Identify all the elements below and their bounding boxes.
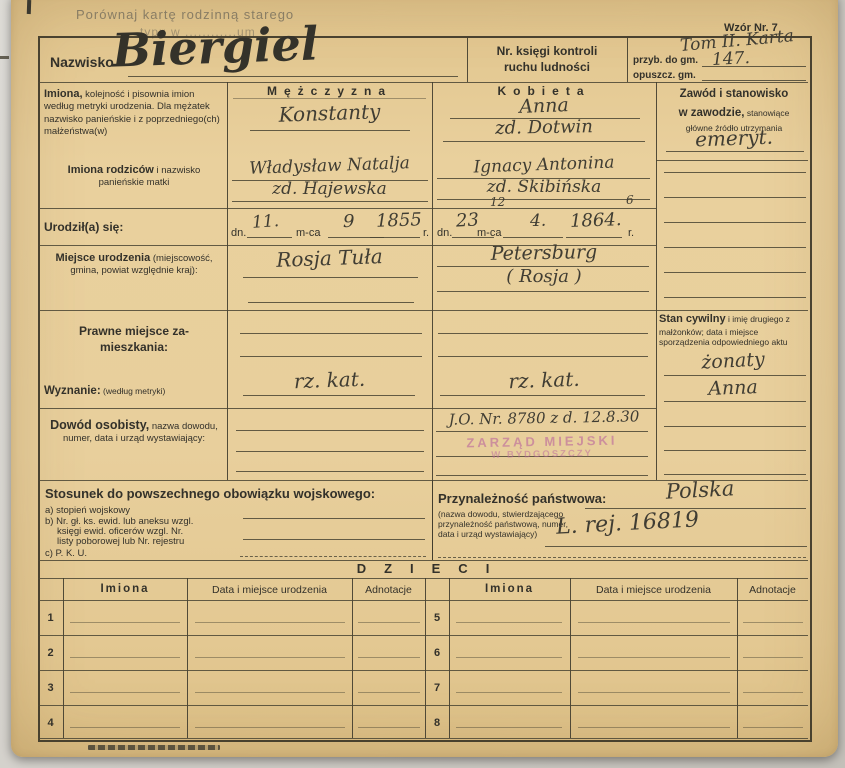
- child-row-number: 3: [38, 682, 63, 694]
- ruled-line: [578, 657, 730, 658]
- ruled-line: [437, 199, 650, 200]
- grid-line: [38, 600, 808, 601]
- man-birth-day: 11.: [251, 211, 279, 233]
- ruled-line: [195, 727, 345, 728]
- child-row-number: 5: [425, 612, 449, 624]
- ruled-line: [503, 237, 563, 238]
- religion-label-rest: (według metryki): [101, 386, 166, 396]
- woman-parents-num1: 12: [490, 195, 505, 209]
- man-birth-month: 9: [343, 211, 354, 232]
- ruled-line: [664, 272, 806, 273]
- divider: [63, 578, 64, 738]
- child-row-number: 6: [425, 647, 449, 659]
- parents-label: Imiona rodziców i nazwisko panieńskie ma…: [44, 163, 224, 190]
- ruled-line: [232, 201, 428, 202]
- ruled-line: [578, 622, 730, 623]
- ruled-line: [438, 356, 648, 357]
- id-document-label-bold: Dowód osobisty,: [50, 418, 149, 432]
- divider: [627, 38, 628, 82]
- children-col-imiona-right: Imiona: [449, 583, 570, 595]
- woman-birthplace: Petersburg: [432, 240, 656, 266]
- ruled-line: [743, 727, 803, 728]
- ruled-line: [195, 692, 345, 693]
- woman-birthplace-country: ( Rosja ): [432, 266, 656, 287]
- ruled-line: [358, 727, 420, 728]
- ruled-line: [456, 622, 562, 623]
- born-r-label-man: r.: [423, 227, 429, 239]
- children-title: DZIECI: [38, 561, 808, 576]
- ruled-line: [456, 657, 562, 658]
- residence-label: Prawne miejsce za- mieszkania:: [44, 323, 224, 355]
- divider: [737, 578, 738, 738]
- ruled-line: [436, 475, 648, 476]
- ruled-line: [70, 692, 180, 693]
- divider: [187, 578, 188, 738]
- divider: [570, 578, 571, 738]
- children-col-data-left: Data i miejsce urodzenia: [187, 584, 352, 596]
- ruled-line: [437, 291, 649, 292]
- man-column-header: Mężczyzna: [227, 84, 432, 98]
- grid-line: [38, 635, 808, 636]
- woman-birth-month: 4.: [530, 211, 546, 231]
- ruled-line: [195, 622, 345, 623]
- military-title: Stosunek do powszechnego obowiązku wojsk…: [45, 486, 375, 501]
- ruled-line: [70, 622, 180, 623]
- card-number-hand: 147.: [712, 48, 751, 70]
- given-names-label: Imiona, kolejność i pisownia imion wedłu…: [44, 87, 224, 138]
- ruled-line: [743, 622, 803, 623]
- man-birth-year: 1855: [376, 209, 423, 232]
- woman-birth-day: 23: [455, 209, 479, 231]
- divider: [449, 578, 450, 738]
- grid-line: [38, 310, 808, 311]
- child-row-number: 2: [38, 647, 63, 659]
- ruled-line: [70, 657, 180, 658]
- woman-parents-num2: 6: [626, 193, 634, 207]
- children-col-adnotacje-right: Adnotacje: [737, 584, 808, 596]
- birthplace-label: Miejsce urodzenia (miejscowość, gmina, p…: [44, 251, 224, 278]
- born-r-label-woman: r.: [628, 227, 634, 239]
- ruled-line: [240, 356, 422, 357]
- civil-status-label: Stan cywilny i imię drugiego z małżonków…: [659, 313, 809, 348]
- ruled-line: [243, 277, 418, 278]
- child-row-number: 1: [38, 612, 63, 624]
- ruled-line: [370, 237, 420, 238]
- man-mother-maiden: zd. Hajewska: [227, 179, 432, 199]
- scanned-registration-card: Porównaj kartę rodzinną starego typu w .…: [0, 0, 845, 768]
- ruled-line: [236, 451, 424, 452]
- ruled-line: [664, 172, 806, 173]
- ruled-line: [438, 333, 648, 334]
- born-dn-label-man: dn.: [231, 227, 246, 239]
- children-col-adnotacje-left: Adnotacje: [352, 584, 425, 596]
- ruled-line: [243, 539, 425, 540]
- surname-label: Nazwisko: [50, 54, 114, 70]
- woman-birth-year: 1864.: [570, 209, 622, 232]
- scan-mark: [27, 0, 31, 14]
- control-book-line2: ruchu ludności: [467, 59, 627, 75]
- citizenship-sub3: data i urząd wystawiający): [438, 529, 537, 540]
- ruled-line: [545, 546, 807, 547]
- ruled-line: [250, 130, 410, 131]
- ruled-line: [664, 450, 806, 451]
- control-book-label: Nr. księgi kontroli ruchu ludności: [467, 43, 627, 75]
- ruled-line: [743, 692, 803, 693]
- ruled-line: [440, 395, 645, 396]
- ruled-line: [578, 692, 730, 693]
- grid-line: [38, 705, 808, 706]
- grid-line: [38, 670, 808, 671]
- ruled-line: [358, 657, 420, 658]
- ruled-line: [456, 692, 562, 693]
- grid-line: [38, 738, 808, 739]
- arrived-label: przyb. do gm.: [633, 55, 698, 66]
- ruled-line: [578, 727, 730, 728]
- born-label: Urodził(a) się:: [44, 220, 123, 234]
- ruled-line: [243, 395, 415, 396]
- ruled-line: [243, 518, 425, 519]
- children-col-data-right: Data i miejsce urodzenia: [570, 584, 737, 596]
- ruled-line: [236, 430, 424, 431]
- ruled-line: [456, 727, 562, 728]
- ruled-line: [664, 297, 806, 298]
- religion-label: Wyznanie: (według metryki): [44, 381, 165, 399]
- grid-line: [656, 160, 808, 161]
- divider: [227, 82, 228, 480]
- ruled-line: [438, 557, 806, 558]
- military-item-b3: listy poborowej lub Nr. rejestru: [57, 536, 184, 548]
- profession-label-s1: stanowiące: [744, 108, 789, 118]
- ruled-line: [443, 141, 645, 142]
- ruled-line: [664, 401, 806, 402]
- child-row-number: 8: [425, 717, 449, 729]
- ruled-line: [664, 197, 806, 198]
- divider: [352, 578, 353, 738]
- ruled-line: [664, 247, 806, 248]
- scan-mark: [0, 56, 9, 59]
- ruled-line: [358, 692, 420, 693]
- profession-label-b2: w zawodzie,: [679, 107, 745, 119]
- born-dn-label-woman: dn.: [437, 227, 452, 239]
- ruled-line: [666, 151, 804, 152]
- city-office-stamp: ZARZĄD MIEJSKI W BYDGOSZCZY: [436, 432, 648, 462]
- military-item-c: c) P. K. U.: [45, 548, 87, 560]
- ruled-line: [566, 237, 622, 238]
- ruled-line: [248, 302, 414, 303]
- child-row-number: 4: [38, 717, 63, 729]
- ruled-line: [743, 657, 803, 658]
- parents-label-bold: Imiona rodziców: [68, 164, 154, 176]
- ruled-line: [247, 237, 292, 238]
- ruled-line: [240, 333, 422, 334]
- profession-label-b1: Zawód i stanowisko: [658, 87, 810, 102]
- children-col-imiona-left: Imiona: [63, 583, 187, 595]
- surname-value: Biergiel: [111, 16, 319, 77]
- ruled-line: [664, 426, 806, 427]
- control-book-line1: Nr. księgi kontroli: [467, 43, 627, 59]
- ruled-line: [240, 556, 426, 557]
- given-names-label-bold: Imiona,: [44, 88, 83, 100]
- birthplace-label-bold: Miejsce urodzenia: [55, 252, 150, 264]
- residence-label-line2: mieszkania:: [44, 339, 224, 355]
- ruled-line: [195, 657, 345, 658]
- ruled-line: [236, 471, 424, 472]
- ruled-line: [702, 80, 806, 81]
- ruled-line: [358, 622, 420, 623]
- ruled-line: [128, 76, 458, 77]
- ruled-line: [664, 222, 806, 223]
- divider: [432, 480, 433, 560]
- born-mca-label-man: m-ca: [296, 227, 320, 239]
- woman-maiden-name: zd. Dotwin: [432, 115, 656, 140]
- woman-mother-maiden: zd. Skibińska: [432, 177, 656, 197]
- born-mca-label-woman: m-ca: [477, 227, 501, 239]
- left-label: opuszcz. gm.: [633, 70, 696, 81]
- id-document-label: Dowód osobisty, nazwa dowodu, numer, dat…: [44, 417, 224, 446]
- citizenship-label: Przynależność państwowa:: [438, 491, 606, 506]
- printer-imprint: [88, 745, 220, 750]
- child-row-number: 7: [425, 682, 449, 694]
- grid-line: [38, 208, 656, 209]
- civil-status-label-bold: Stan cywilny: [659, 313, 726, 325]
- ruled-line: [70, 727, 180, 728]
- grid-line: [38, 578, 808, 579]
- residence-label-line1: Prawne miejsce za-: [44, 323, 224, 339]
- grid-line: [38, 82, 808, 83]
- religion-label-bold: Wyznanie:: [44, 385, 101, 397]
